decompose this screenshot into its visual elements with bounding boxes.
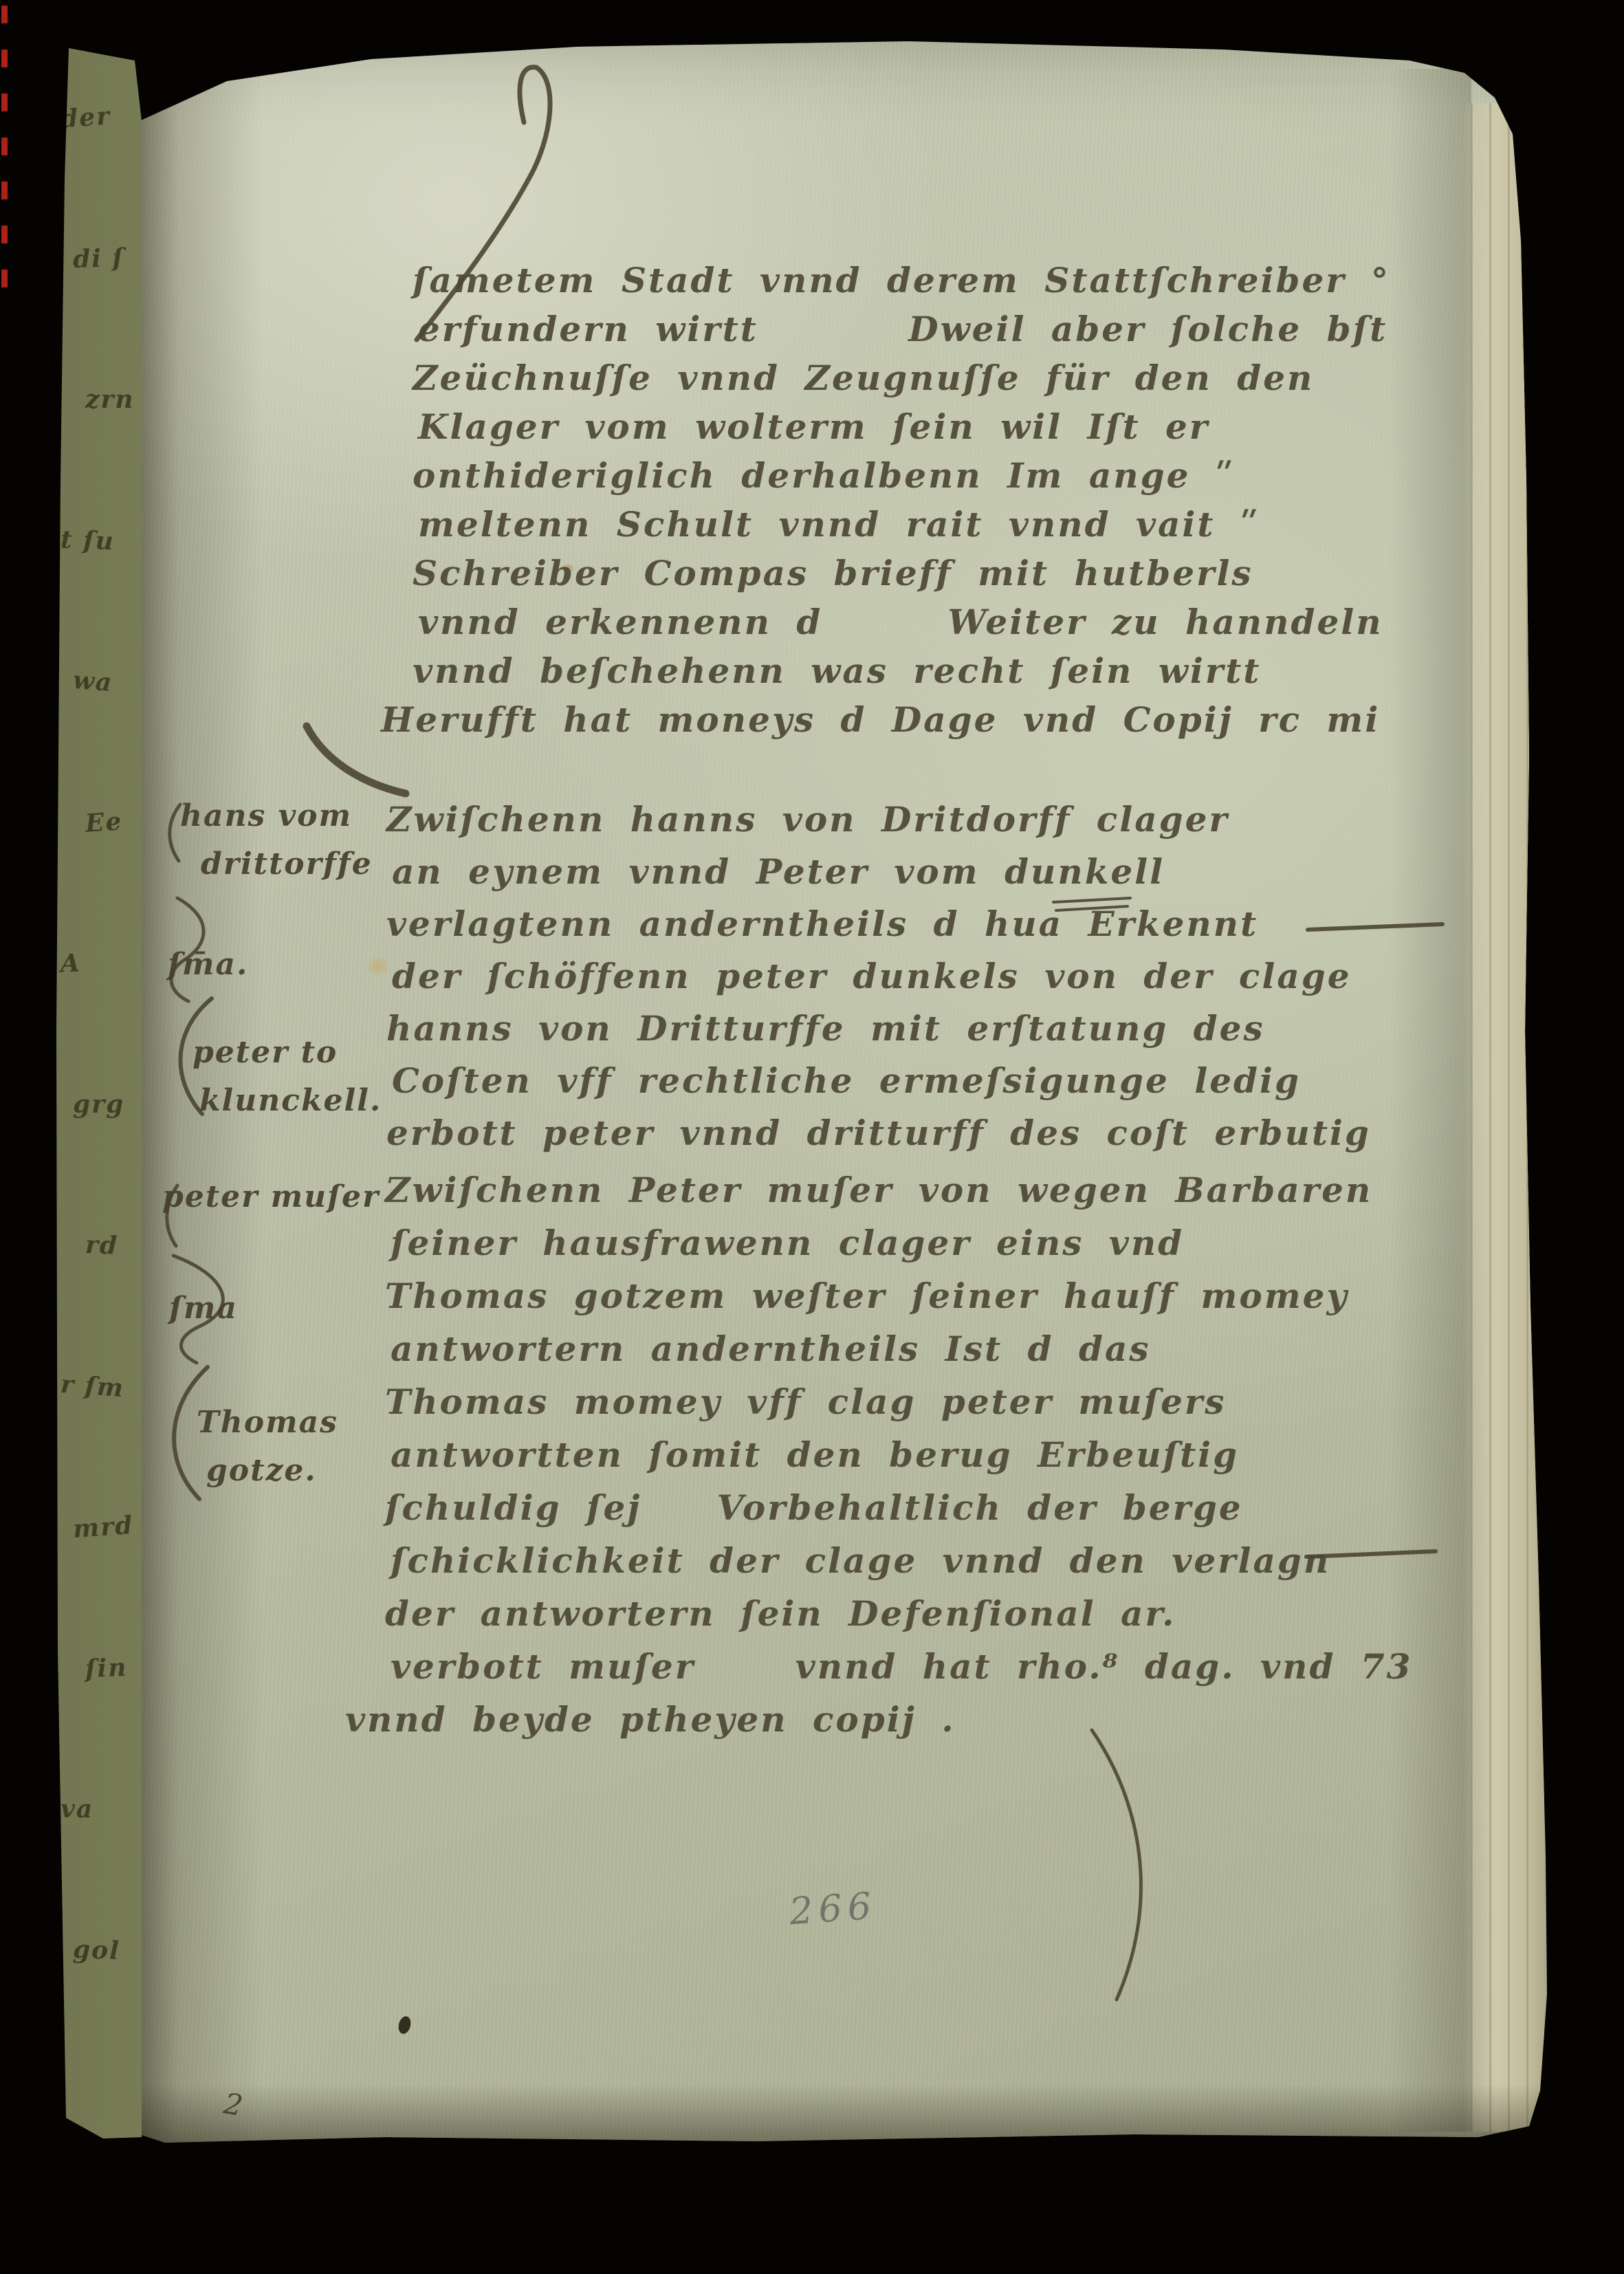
- spine-text-fragment: zrn: [85, 385, 135, 414]
- margin-note-peter-muser: peter muſer: [162, 1173, 380, 1221]
- paragraph-2: Zwiſchenn hanns von Dritdorff clageran e…: [386, 794, 1371, 1159]
- margin-note-line: ſma: [169, 1284, 238, 1333]
- manuscript-line: verbott muſer vnnd hat rho.⁸ dag. vnd 73: [391, 1640, 1412, 1693]
- spine-text-fragment: ſin: [85, 1653, 128, 1683]
- spine-text-fragment: di ſ: [72, 243, 124, 274]
- spine-text-fragment: gol: [72, 1935, 120, 1965]
- margin-note-hans-vom-drittorffe: hans vomdrittorffe: [180, 792, 373, 888]
- spine-text-fragment: va: [61, 1795, 94, 1824]
- spine-text-fragment: A: [60, 948, 81, 978]
- manuscript-line: vnnd beyde ptheyen copij .: [345, 1693, 1412, 1746]
- page-number-pencil: 266: [788, 1884, 878, 1934]
- manuscript-line: Zeüchnuſſe vnnd Zeugnuſſe für den den: [413, 353, 1390, 402]
- manuscript-line: antwortern anderntheils Ist d das: [391, 1322, 1412, 1375]
- manuscript-scan: ſametem Stadt vnnd derem Stattſchreiber …: [0, 0, 1624, 2274]
- manuscript-line: Klager vom wolterm ſein wil Iſt er: [418, 402, 1390, 451]
- manuscript-line: Herufft hat moneys d Dage vnd Copij rc m…: [381, 695, 1390, 744]
- spine-text-fragment: grg: [73, 1090, 124, 1119]
- manuscript-line: Coſten vff rechtliche ermeſsigunge ledig: [392, 1055, 1371, 1107]
- right-edge-shadow: [1389, 69, 1471, 2132]
- manuscript-line: an eynem vnnd Peter vom dunkell: [392, 846, 1371, 898]
- spine-text-fragment: rd: [85, 1230, 119, 1260]
- manuscript-line: antwortten ſomit den berug Erbeuſtig: [391, 1428, 1412, 1481]
- margin-note-line: peter muſer: [162, 1173, 380, 1221]
- manuscript-line: ſametem Stadt vnnd derem Stattſchreiber …: [413, 256, 1390, 305]
- margin-note-peter-klunckell: peter toklunckell.: [193, 1029, 382, 1125]
- manuscript-page: ſametem Stadt vnnd derem Stattſchreiber …: [0, 0, 1624, 2274]
- initial-flourish: [520, 67, 536, 122]
- manuscript-line: erbott peter vnnd dritturff des coſt erb…: [386, 1107, 1371, 1159]
- margin-note-sma-2: ſma: [169, 1284, 238, 1333]
- manuscript-line: Schreiber Compas brieff mit hutberls: [413, 549, 1390, 598]
- manuscript-line: verlagtenn anderntheils d hua Erkennt: [386, 898, 1371, 950]
- ink-dot: [397, 2015, 413, 2035]
- paper-stain: [368, 957, 388, 975]
- margin-note-line: drittorffe: [201, 840, 373, 888]
- manuscript-line: der ſchöffenn peter dunkels von der clag…: [392, 950, 1371, 1003]
- paragraph-3: Zwiſchenn Peter muſer von wegen Barbaren…: [385, 1163, 1412, 1746]
- manuscript-line: meltenn Schult vnnd rait vnnd vait ʺ: [418, 500, 1390, 549]
- manuscript-line: hanns von Dritturffe mit erſtatung des: [386, 1003, 1371, 1055]
- manuscript-line: Zwiſchenn Peter muſer von wegen Barbaren: [385, 1163, 1412, 1216]
- manuscript-line: erfundern wirtt Dweil aber ſolche bſt: [418, 305, 1390, 353]
- spine-text-fragment: r ſm: [60, 1370, 126, 1403]
- spine-text-fragment: mrd: [72, 1511, 135, 1544]
- paper-deckle-edge: [1463, 103, 1544, 2132]
- manuscript-line: vnnd erkennenn d Weiter zu hanndeln: [418, 598, 1390, 646]
- manuscript-line: Thomas gotzem weſter ſeiner hauſf momey: [385, 1269, 1412, 1322]
- spine-text-fragment: t ſu: [60, 525, 115, 556]
- margin-note-line: hans vom: [180, 792, 373, 840]
- margin-note-sma: ſm̄a.: [168, 941, 248, 989]
- manuscript-line: onthideriglich derhalbenn Im ange ʺ: [413, 451, 1390, 500]
- manuscript-line: vnnd beſchehenn was recht ſein wirtt: [413, 646, 1390, 695]
- manuscript-line: der antwortern ſein Defenſional ar.: [385, 1587, 1412, 1640]
- margin-note-line: Thomas: [197, 1399, 338, 1447]
- manuscript-line: ſchuldig ſej Vorbehaltlich der berge: [385, 1481, 1412, 1534]
- manuscript-line: Zwiſchenn hanns von Dritdorff clager: [386, 794, 1371, 846]
- spine-text-fragment: der: [60, 102, 112, 134]
- margin-note-thomas-gotze: Thomasgotze.: [197, 1399, 338, 1495]
- paragraph-1: ſametem Stadt vnnd derem Stattſchreiber …: [413, 256, 1390, 744]
- margin-note-line: klunckell.: [199, 1077, 382, 1125]
- red-tick-marks: [1, 6, 8, 311]
- descender-tail: [1092, 1730, 1141, 2000]
- spine-text-fragment: wa: [72, 666, 114, 697]
- margin-note-line: ſm̄a.: [168, 941, 248, 989]
- spine-text-fragment: Ee: [85, 807, 124, 838]
- manuscript-line: Thomas momey vff clag peter muſers: [385, 1375, 1412, 1428]
- margin-note-line: gotze.: [206, 1447, 338, 1495]
- manuscript-line: ſeiner hausfrawenn clager eins vnd: [391, 1216, 1412, 1269]
- manuscript-line: ſchicklichkeit der clage vnnd den verlag…: [391, 1534, 1412, 1587]
- bottom-edge-shadow: [62, 2084, 1540, 2145]
- margin-note-line: peter to: [193, 1029, 382, 1077]
